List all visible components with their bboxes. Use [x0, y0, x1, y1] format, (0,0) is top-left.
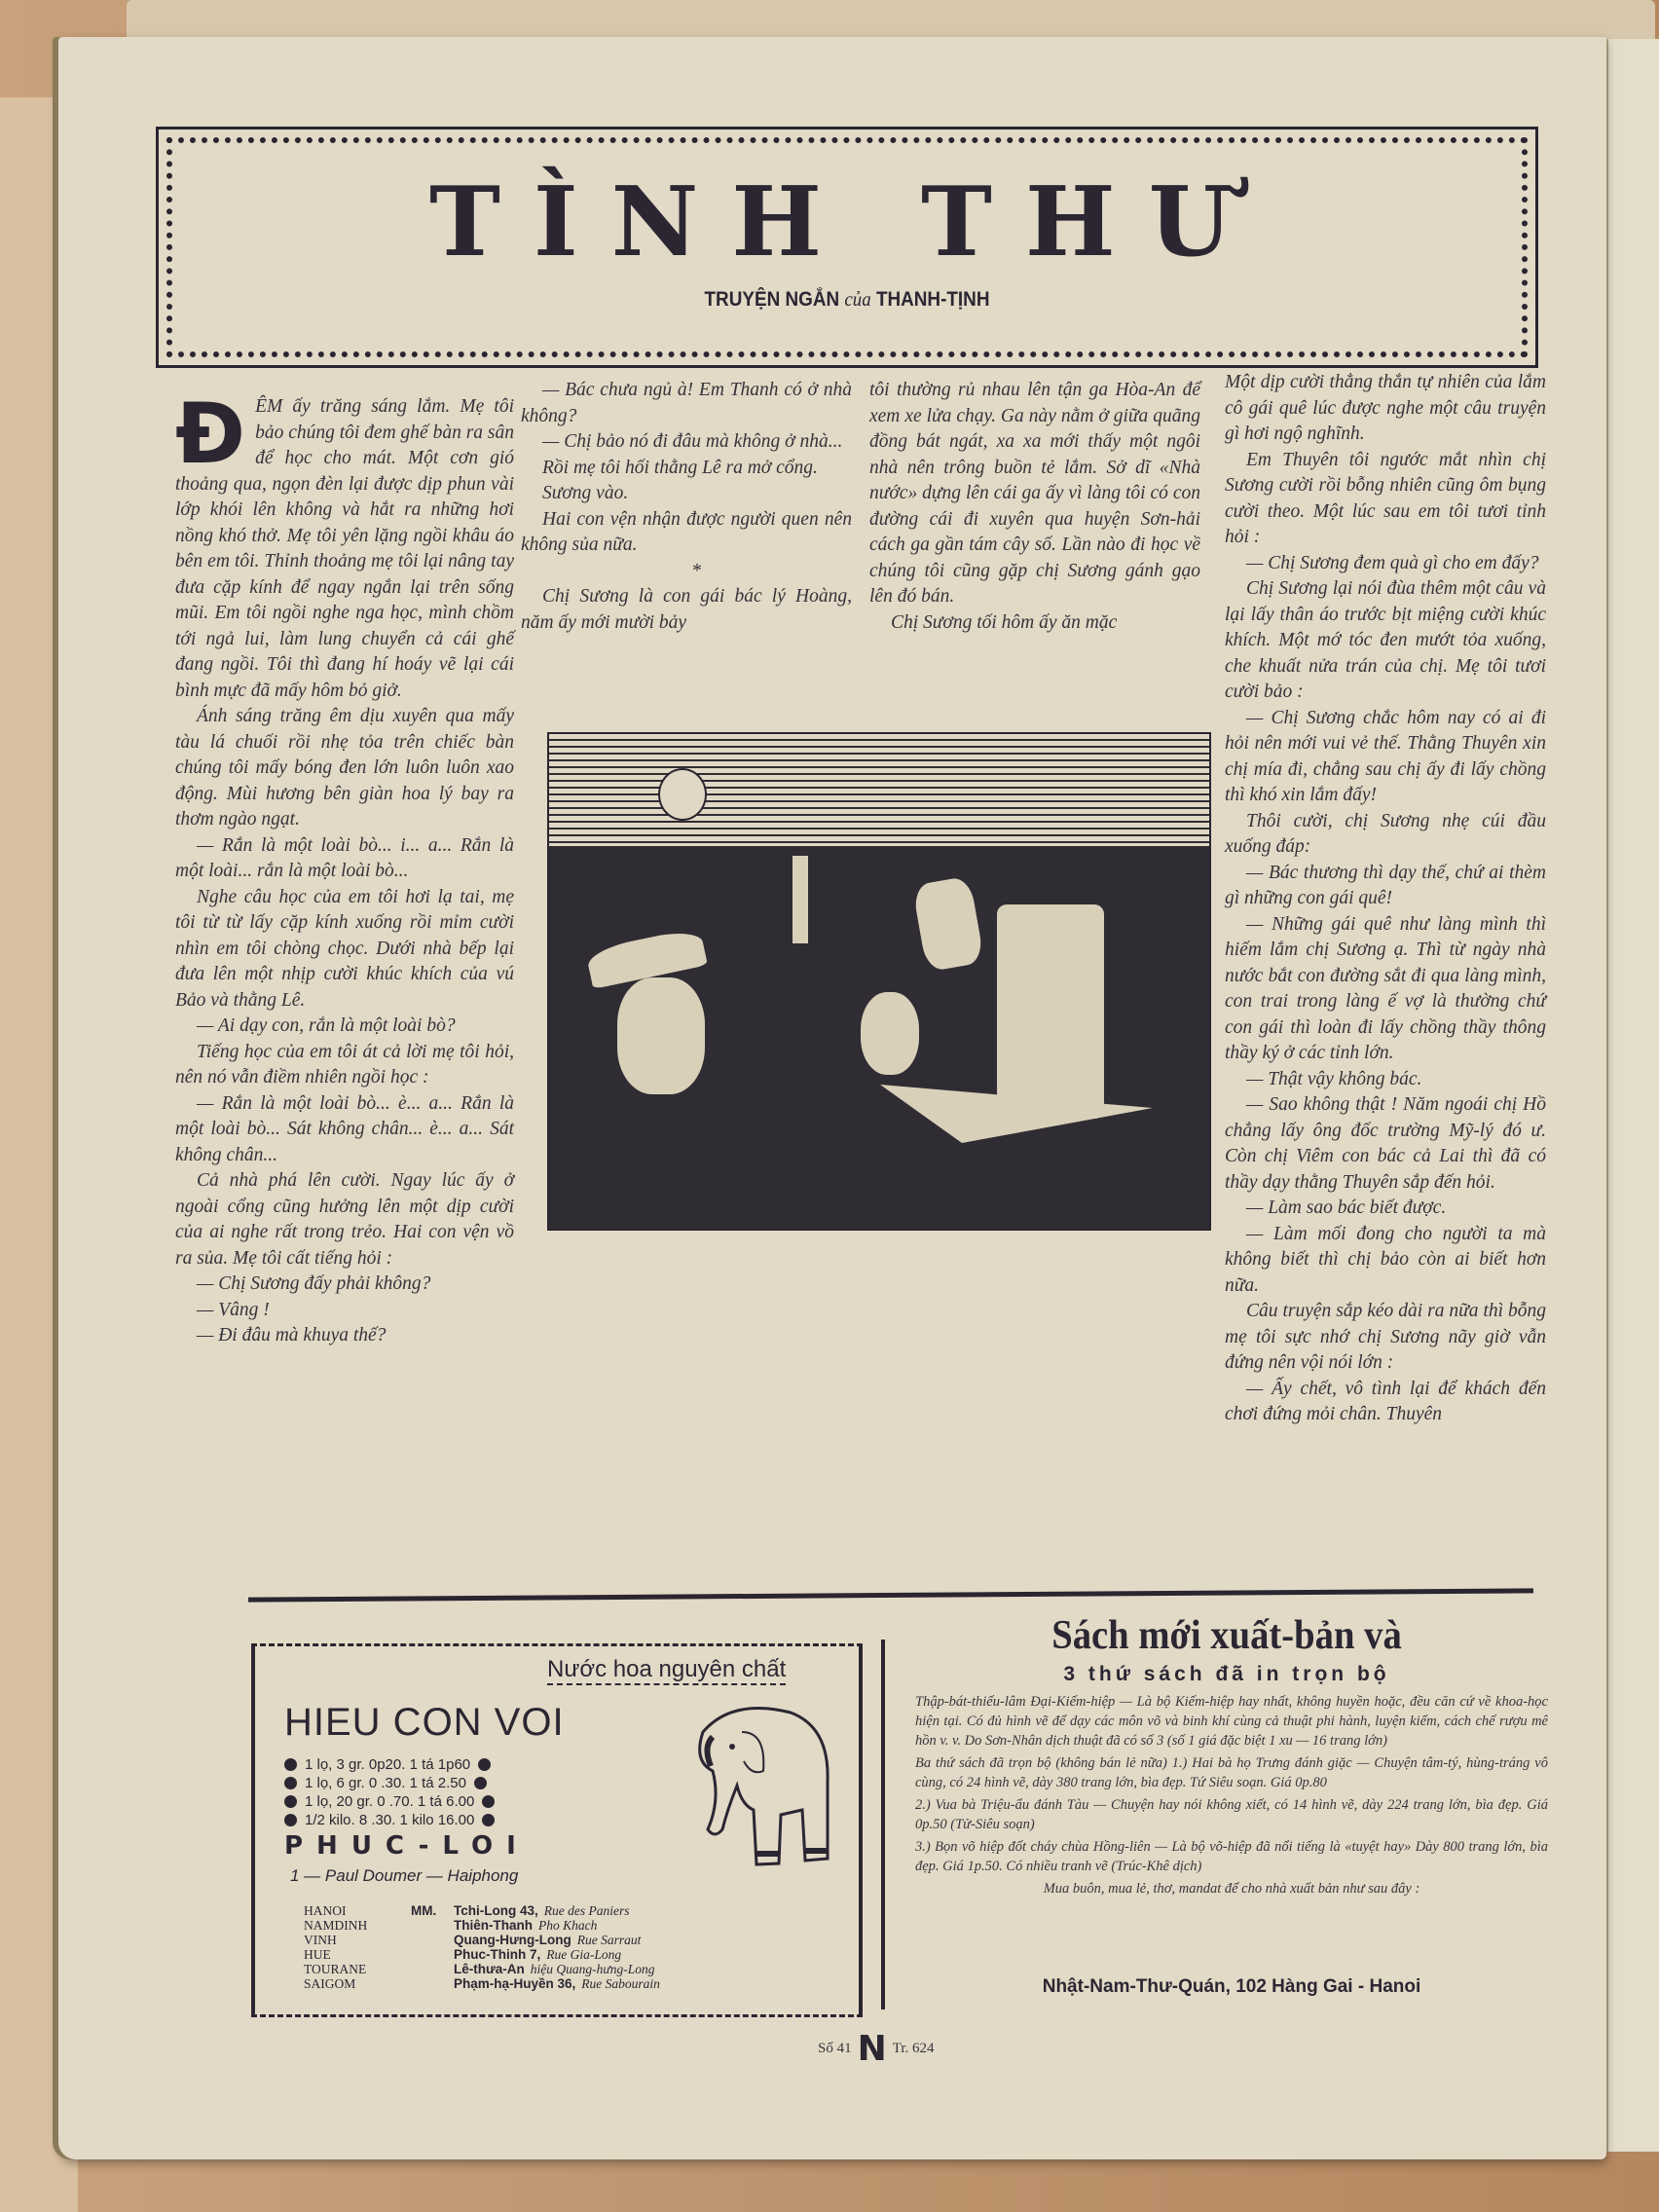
shop-address: 1 — Paul Doumer — Haiphong: [290, 1866, 518, 1886]
story-title: TÌNH THƯ: [159, 166, 1535, 278]
ad-tagline: Nước hoa nguyên chất: [547, 1656, 786, 1685]
woman-face: [912, 875, 985, 972]
price-row: 1 lọ, 20 gr. 0 .70. 1 tá 6.00: [284, 1792, 495, 1811]
book-ad-subtitle: 3 thứ sách đã in trọn bộ: [935, 1663, 1519, 1686]
dialogue: — Vâng !: [175, 1298, 514, 1324]
book-ad-body: Thập-bát-thiếu-lâm Đại-Kiếm-hiệp — Là bộ…: [915, 1692, 1548, 1901]
child-face: [861, 992, 919, 1075]
price-row: 1 lọ, 6 gr. 0 .30. 1 tá 2.50: [284, 1774, 495, 1792]
book-item: 3.) Bọn võ hiệp đốt cháy chùa Hồng-liên …: [915, 1837, 1548, 1876]
byline: TRUYỆN NGẮN của THANH-TỊNH: [228, 287, 1467, 312]
story-column-1: Đ ÊM ấy trăng sáng lắm. Mẹ tôi bảo chúng…: [175, 394, 514, 1349]
book-ad-intro: Thập-bát-thiếu-lâm Đại-Kiếm-hiệp — Là bộ…: [915, 1692, 1548, 1751]
page-footer: Số 41 N Tr. 624: [818, 2029, 935, 2069]
bullet-icon: [474, 1777, 487, 1789]
dialogue: — Đi đâu mà khuya thế?: [175, 1323, 514, 1349]
dialogue: — Chị Sương chắc hôm nay có ai đi hỏi nê…: [1225, 706, 1546, 809]
bullet-icon: [284, 1795, 297, 1808]
dialogue: — Rắn là một loài bò... è... a... Rắn là…: [175, 1091, 514, 1169]
dialogue: — Thật vậy không bác.: [1225, 1067, 1546, 1093]
title-banner: TÌNH THƯ TRUYỆN NGẮN của THANH-TỊNH: [156, 127, 1538, 368]
paragraph: Sương vào.: [521, 481, 852, 507]
agents-list: HANOIMM.Tchi-Long 43,Rue des Paniers NAM…: [304, 1903, 810, 1991]
paragraph: Em Thuyên tôi ngước mắt nhìn chị Sương c…: [1225, 448, 1546, 551]
agent-row: HUEPhuc-Thinh 7,Rue Gia-Long: [304, 1947, 810, 1962]
bullet-icon: [284, 1758, 297, 1771]
dialogue: — Bác chưa ngủ à! Em Thanh có ở nhà khôn…: [521, 378, 852, 429]
woman-shirt: [997, 904, 1104, 1119]
agent-row: TOURANELê-thưa-Anhiệu Quang-hưng-Long: [304, 1962, 810, 1976]
paragraph: Tiếng học của em tôi át cả lời mẹ tôi hỏ…: [175, 1040, 514, 1091]
paragraph: Ánh sáng trăng êm dịu xuyên qua mấy tàu …: [175, 704, 514, 833]
dialogue: — Ấy chết, vô tình lại để khách đến chơi…: [1225, 1377, 1546, 1428]
shop-name: PHUC-LOI: [284, 1831, 530, 1861]
bullet-icon: [284, 1777, 297, 1789]
hatched-sky: [549, 734, 1209, 846]
perfume-advertisement: Nước hoa nguyên chất HIEU CON VOI 1 lọ, …: [251, 1643, 863, 2017]
agent-row: SAIGOMPhạm-hạ-Huyền 36,Rue Sabourain: [304, 1976, 810, 1991]
price-row: 1/2 kilo. 8 .30. 1 kilo 16.00: [284, 1811, 495, 1829]
elephant-icon: [674, 1693, 839, 1878]
bullet-icon: [482, 1814, 495, 1826]
byline-genre: TRUYỆN NGẮN: [705, 288, 840, 311]
issue-number: Số 41: [818, 2041, 852, 2057]
book-ad-title: Sách mới xuất-bản và: [958, 1612, 1495, 1659]
agent-row: VINHQuang-Hưng-LongRue Sarraut: [304, 1933, 810, 1947]
paragraph: Chị Sương lại nói đùa thêm một câu và lạ…: [1225, 576, 1546, 706]
dialogue: — Chị Sương đấy phải không?: [175, 1272, 514, 1298]
order-instructions: Mua buôn, mua lẻ, thơ, mandat để cho nhà…: [915, 1879, 1548, 1899]
section-separator: *: [521, 559, 852, 585]
paragraph: Rồi mẹ tôi hối thằng Lê ra mở cổng.: [521, 456, 852, 482]
story-column-4: Một dịp cười thẳng thắn tự nhiên của lắm…: [1225, 370, 1546, 1428]
story-column-2-top: — Bác chưa ngủ à! Em Thanh có ở nhà khôn…: [521, 378, 852, 636]
drop-cap: Đ: [175, 398, 245, 470]
price-row: 1 lọ, 3 gr. 0p20. 1 tá 1p60: [284, 1755, 495, 1774]
lamp-shape: [793, 856, 808, 943]
ad-brand: HIEU CON VOI: [284, 1701, 565, 1745]
paragraph: Hai con vện nhận được người quen nên khô…: [521, 507, 852, 559]
moon-icon: [658, 768, 707, 821]
dialogue: — Chị Sương đem quà gì cho em đấy?: [1225, 551, 1546, 577]
paragraph: tôi thường rủ nhau lên tận ga Hòa-An để …: [869, 378, 1200, 610]
magazine-logo-icon: N: [858, 2029, 887, 2069]
bullet-icon: [284, 1814, 297, 1826]
agent-row: HANOIMM.Tchi-Long 43,Rue des Paniers: [304, 1903, 810, 1918]
dialogue: — Những gái quê như làng mình thì hiếm l…: [1225, 912, 1546, 1067]
book-item: 2.) Vua bà Triệu-ẩu đánh Tàu — Chuyện ha…: [915, 1795, 1548, 1834]
paragraph: Chị Sương tối hôm ấy ăn mặc: [869, 610, 1200, 637]
dialogue: — Rắn là một loài bò... i... a... Rắn là…: [175, 833, 514, 885]
paragraph: Câu truyện sắp kéo dài ra nữa thì bỗng m…: [1225, 1299, 1546, 1377]
paragraph: Thôi cười, chị Sương nhẹ cúi đầu xuống đ…: [1225, 809, 1546, 861]
story-column-3-top: tôi thường rủ nhau lên tận ga Hòa-An để …: [869, 378, 1200, 636]
dialogue: — Làm sao bác biết được.: [1225, 1196, 1546, 1222]
byline-of: của: [844, 287, 870, 311]
dialogue: — Sao không thật ! Năm ngoái chị Hồ chẳn…: [1225, 1092, 1546, 1196]
bullet-icon: [478, 1758, 491, 1771]
dialogue: — Làm mối đong cho người ta mà không biế…: [1225, 1222, 1546, 1300]
paragraph: Nghe câu học của em tôi hơi lạ tai, mẹ t…: [175, 885, 514, 1014]
bullet-icon: [482, 1795, 495, 1808]
dialogue: — Ai dạy con, rắn là một loài bò?: [175, 1014, 514, 1040]
byline-author: THANH-TỊNH: [876, 288, 990, 311]
dialogue: — Bác thương thì dạy thế, chứ ai thèm gì…: [1225, 861, 1546, 912]
paragraph: Chị Sương là con gái bác lý Hoàng, năm ấ…: [521, 584, 852, 636]
paragraph: Cả nhà phá lên cười. Ngay lúc ấy ở ngoài…: [175, 1168, 514, 1272]
next-page-edge: [1606, 39, 1659, 2152]
ad-column-divider: [881, 1640, 885, 2009]
paragraph: Một dịp cười thẳng thắn tự nhiên của lắm…: [1225, 370, 1546, 448]
price-list: 1 lọ, 3 gr. 0p20. 1 tá 1p60 1 lọ, 6 gr. …: [284, 1755, 495, 1829]
dialogue: — Chị bảo nó đi đâu mà không ở nhà...: [521, 429, 852, 456]
book-item: Ba thứ sách đã trọn bộ (không bán lẻ nữa…: [915, 1753, 1548, 1792]
agent-row: NAMDINHThiên-ThanhPho Khach: [304, 1918, 810, 1933]
woodcut-illustration: [547, 732, 1211, 1231]
publisher-address: Nhật-Nam-Thư-Quán, 102 Hàng Gai - Hanoi: [915, 1976, 1548, 1998]
page-number: Tr. 624: [893, 2041, 935, 2057]
old-woman-face: [617, 977, 705, 1094]
